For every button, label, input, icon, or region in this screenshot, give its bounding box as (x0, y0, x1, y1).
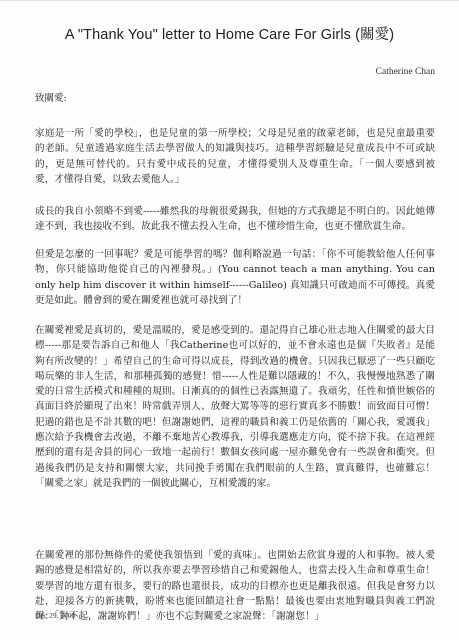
letter-paragraph: 但愛是怎麼的一回事呢？愛是可能學習的嗎？伽利略說過一句話：「你不可能教給他人任何… (35, 247, 435, 308)
letter-author: Catherine Chan (376, 67, 435, 77)
letter-date: Dec 29, 2000 (35, 611, 75, 620)
letter-paragraph: 在關愛裡愛是真切的，愛是溫暖的，愛是感受到的。還記得自己雄心壯志地入住關愛的最大… (35, 323, 435, 491)
letter-paragraph: 在關愛裡的那份無條件的愛使我領悟到「愛的真味」。也開始去欣賞身邊的人和事物。被人… (35, 548, 435, 624)
letter-salutation: 致關愛: (35, 90, 67, 104)
scanned-letter-page: A "Thank You" letter to Home Care For Gi… (0, 0, 459, 640)
letter-title: A "Thank You" letter to Home Care For Gi… (0, 23, 459, 44)
letter-paragraph: 成長的我自小領略不到愛-----雖然我的母親很愛錫我，但她的方式我總是不明白的。… (35, 204, 435, 235)
letter-paragraph: 家庭是一所「愛的學校」，也是兒童的第一所學校；父母是兒童的啟蒙老師，也是兒童最重… (35, 126, 435, 187)
